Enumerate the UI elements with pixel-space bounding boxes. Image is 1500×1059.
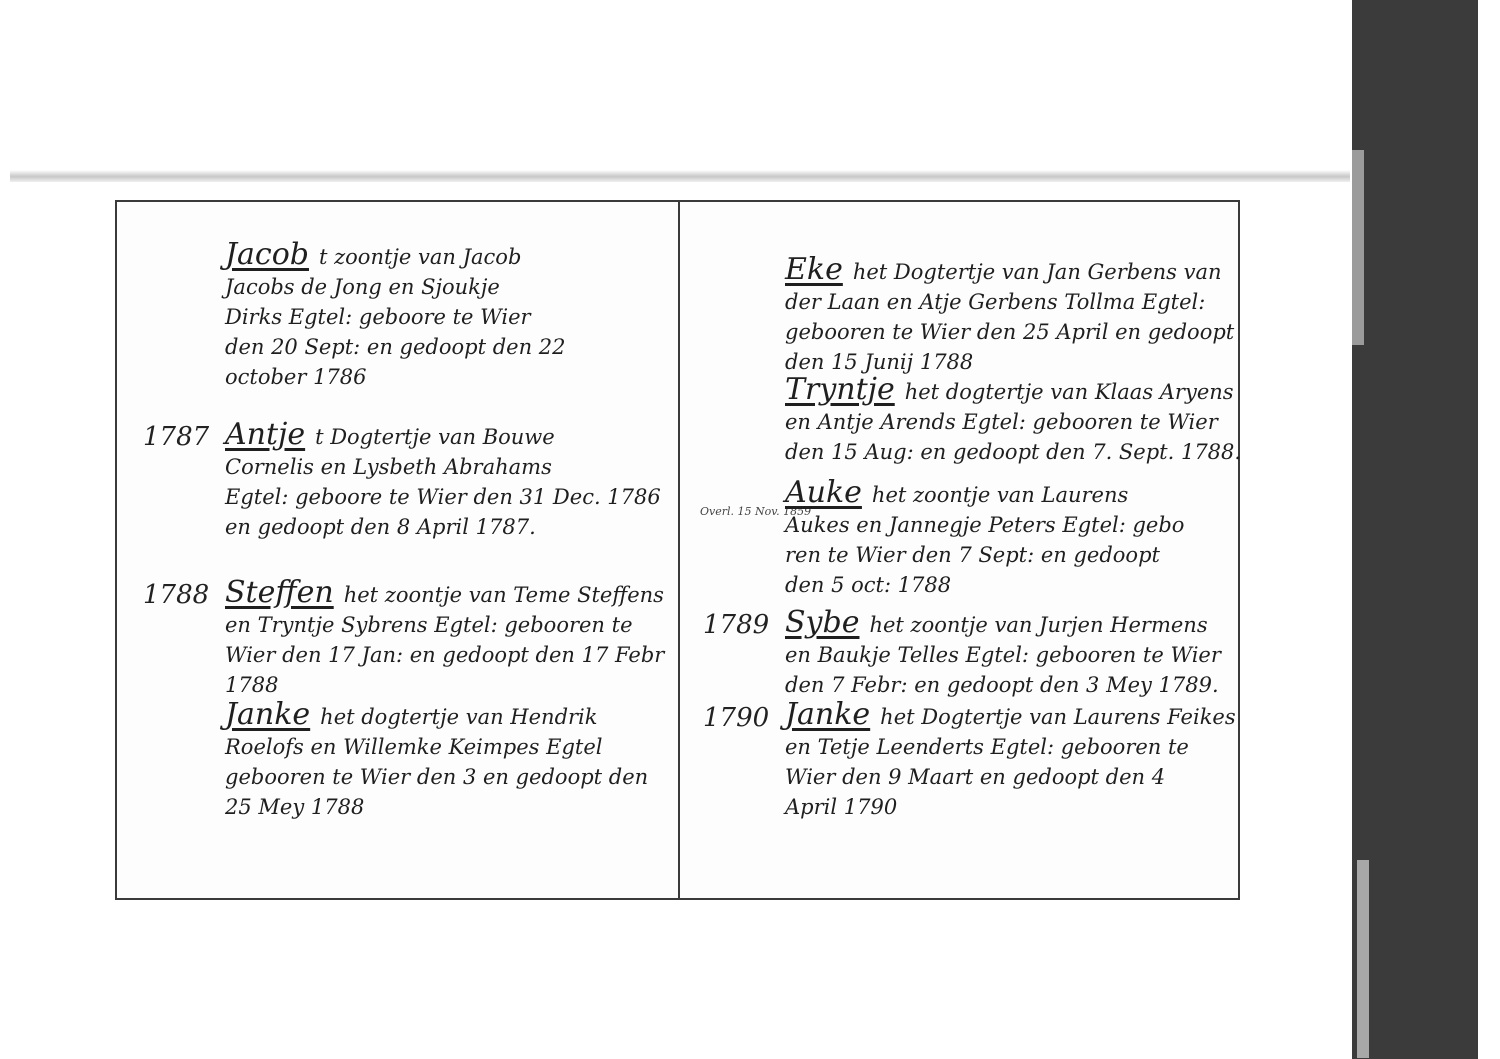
entry-line: Egtel: geboore te Wier den 31 Dec. 1786	[225, 482, 661, 512]
entry-line: en Tryntje Sybrens Egtel: gebooren te	[225, 610, 664, 640]
entry-line: April 1790	[785, 792, 1236, 822]
entry-line: den 5 oct: 1788	[785, 570, 1184, 600]
entry-line: den 15 Aug: en gedoopt den 7. Sept. 1788…	[785, 437, 1241, 467]
entry-line: het Dogtertje van Laurens Feikes	[880, 705, 1235, 729]
page-edge-bottom	[1357, 860, 1369, 1058]
entry-line: ren te Wier den 7 Sept: en gedoopt	[785, 540, 1184, 570]
entry-name: Eke	[785, 252, 843, 287]
entry-line: het zoontje van Laurens	[872, 483, 1128, 507]
entry-tryntje: Tryntjehet dogtertje van Klaas Aryens en…	[785, 375, 1241, 467]
register-book: Jacobt zoontje van Jacob Jacobs de Jong …	[115, 200, 1255, 900]
entry-line: Roelofs en Willemke Keimpes Egtel	[225, 732, 648, 762]
entry-name: Sybe	[785, 605, 859, 640]
entry-line: den 20 Sept: en gedoopt den 22	[225, 332, 566, 362]
entry-eke: Ekehet Dogtertje van Jan Gerbens van der…	[785, 255, 1234, 377]
entry-name: Antje	[225, 417, 305, 452]
entry-line: gebooren te Wier den 3 en gedoopt den	[225, 762, 648, 792]
entry-name: Janke	[225, 697, 310, 732]
entry-steffen: Steffenhet zoontje van Teme Steffens en …	[225, 578, 664, 700]
entry-auke: Aukehet zoontje van Laurens Aukes en Jan…	[785, 478, 1184, 600]
entry-line: Jacobs de Jong en Sjoukje	[225, 272, 566, 302]
entry-sybe: Sybehet zoontje van Jurjen Hermens en Ba…	[785, 608, 1221, 700]
entry-line: en gedoopt den 8 April 1787.	[225, 512, 661, 542]
entry-name: Janke	[785, 697, 870, 732]
entry-line: Dirks Egtel: geboore te Wier	[225, 302, 566, 332]
entry-line: het zoontje van Teme Steffens	[344, 583, 664, 607]
year-label: 1789	[703, 610, 769, 640]
entry-line: october 1786	[225, 362, 566, 392]
entry-name: Auke	[785, 475, 862, 510]
entry-line: den 7 Febr: en gedoopt den 3 Mey 1789.	[785, 670, 1221, 700]
year-label: 1790	[703, 703, 769, 733]
year-label: 1787	[143, 422, 209, 452]
entry-line: Cornelis en Lysbeth Abrahams	[225, 452, 661, 482]
entry-line: en Antje Arends Egtel: gebooren te Wier	[785, 407, 1241, 437]
page-edge-top	[1352, 150, 1364, 345]
entry-line: het dogtertje van Klaas Aryens	[905, 380, 1234, 404]
entry-line: het Dogtertje van Jan Gerbens van	[853, 260, 1222, 284]
scanner-edge	[1352, 0, 1478, 1059]
year-label: 1788	[143, 580, 209, 610]
entry-janke: Jankehet dogtertje van Hendrik Roelofs e…	[225, 700, 648, 822]
entry-line: 25 Mey 1788	[225, 792, 648, 822]
entry-line: gebooren te Wier den 25 April en gedoopt	[785, 317, 1234, 347]
entry-line: Wier den 17 Jan: en gedoopt den 17 Febr	[225, 640, 664, 670]
entry-jacob: Jacobt zoontje van Jacob Jacobs de Jong …	[225, 240, 566, 392]
entry-line: t zoontje van Jacob	[319, 245, 521, 269]
scan-shadow-band	[10, 170, 1350, 182]
entry-line: en Baukje Telles Egtel: gebooren te Wier	[785, 640, 1221, 670]
entry-line: der Laan en Atje Gerbens Tollma Egtel:	[785, 287, 1234, 317]
entry-janke-1790: Jankehet Dogtertje van Laurens Feikes en…	[785, 700, 1236, 822]
entry-line: t Dogtertje van Bouwe	[315, 425, 555, 449]
entry-line: het dogtertje van Hendrik	[320, 705, 597, 729]
entry-antje: Antjet Dogtertje van Bouwe Cornelis en L…	[225, 420, 661, 542]
entry-line: het zoontje van Jurjen Hermens	[869, 613, 1207, 637]
entry-name: Steffen	[225, 575, 334, 610]
entry-line: 1788	[225, 670, 664, 700]
entry-name: Tryntje	[785, 372, 895, 407]
entry-line: Wier den 9 Maart en gedoopt den 4	[785, 762, 1236, 792]
entry-line: Aukes en Jannegje Peters Egtel: gebo	[785, 510, 1184, 540]
entry-line: en Tetje Leenderts Egtel: gebooren te	[785, 732, 1236, 762]
entry-name: Jacob	[225, 237, 309, 272]
